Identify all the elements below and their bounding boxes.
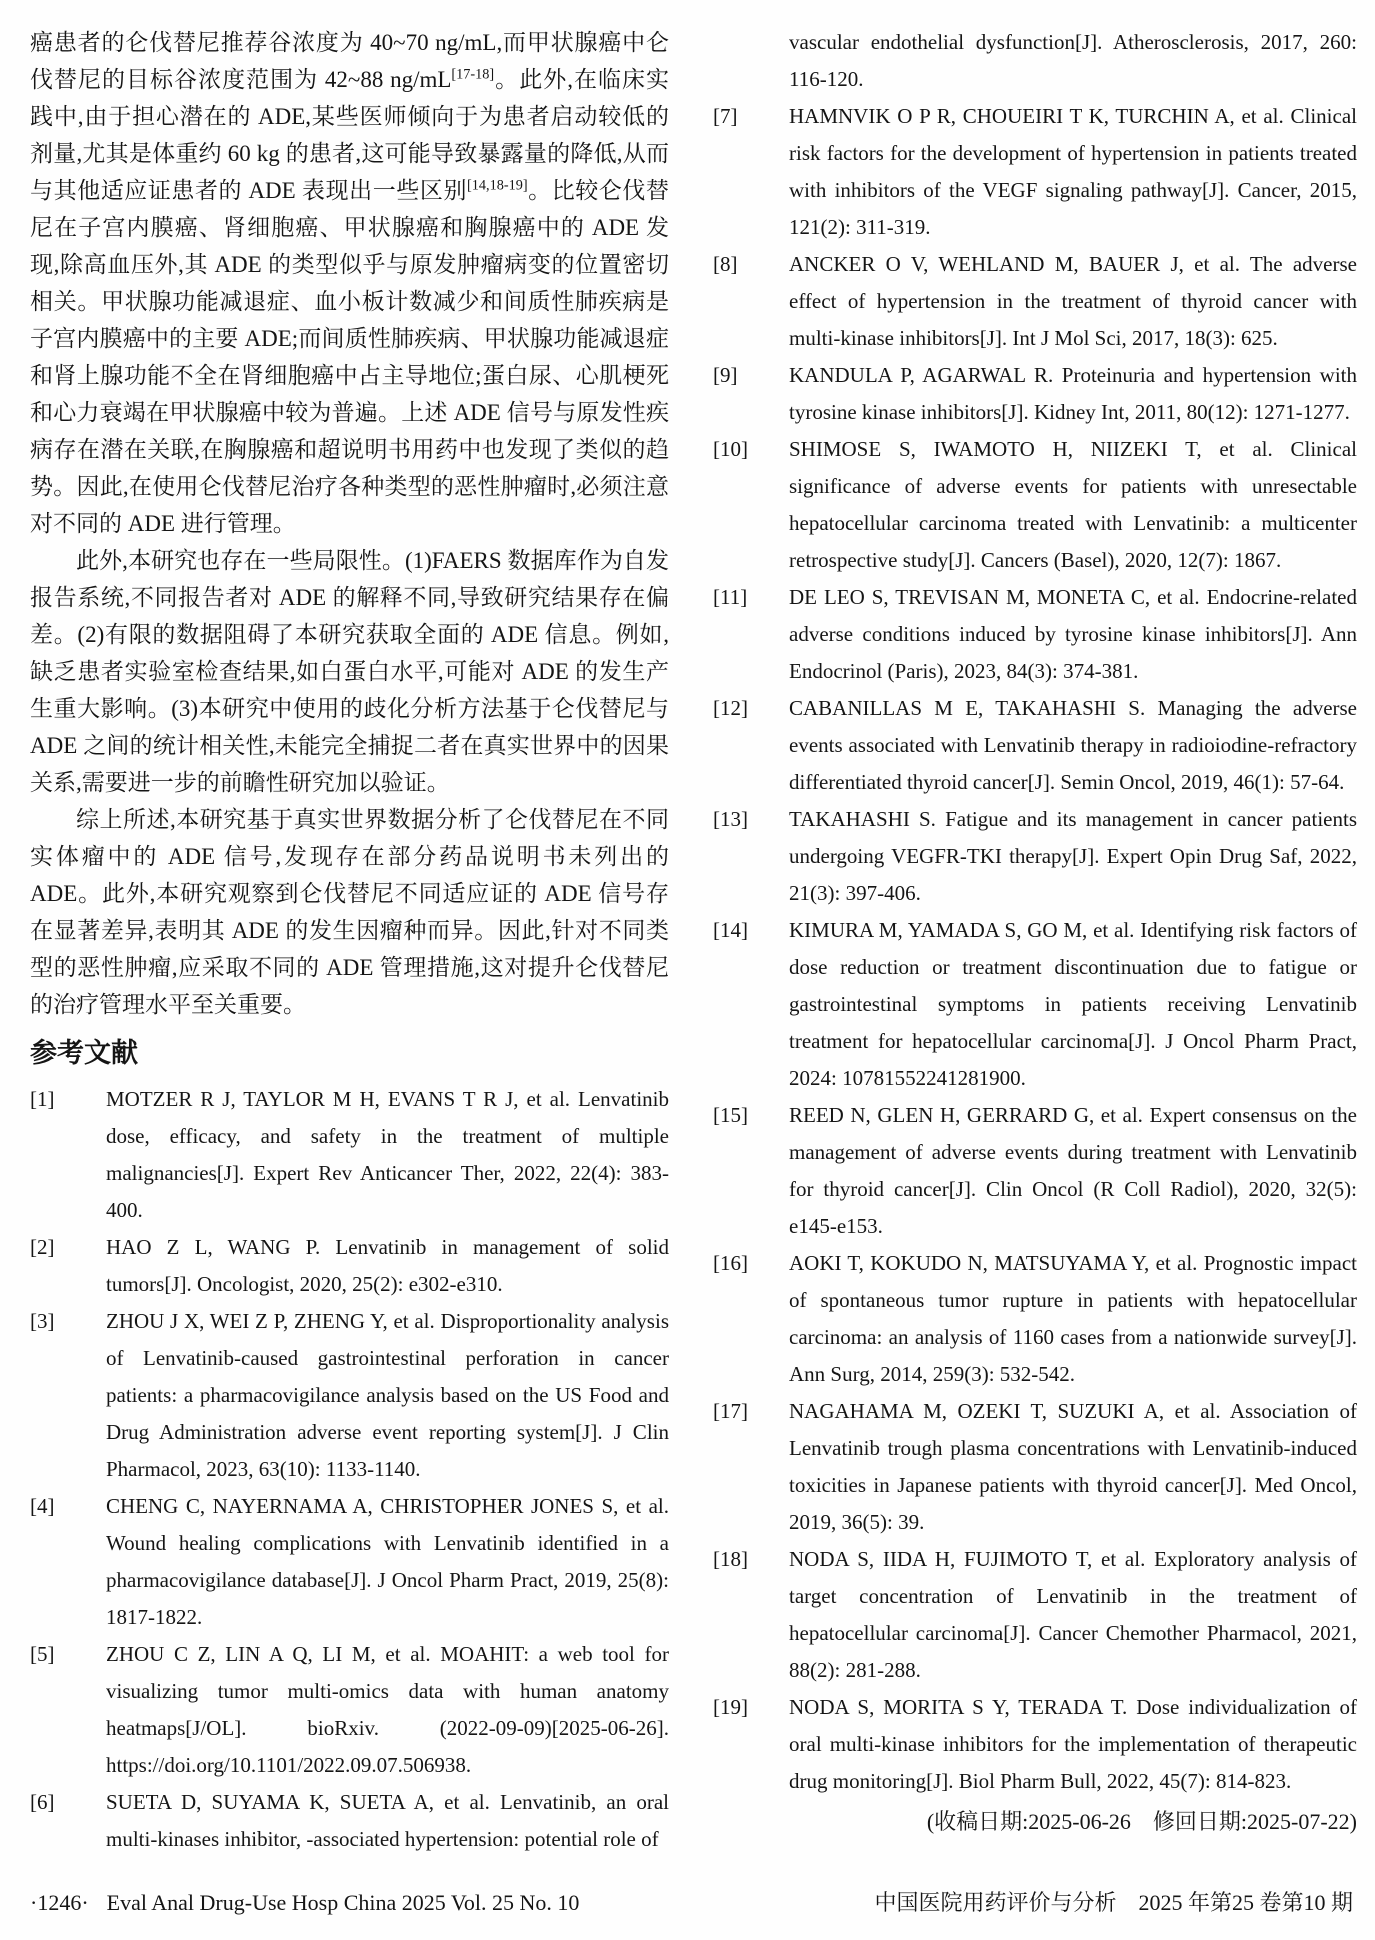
reference-number: [15] <box>713 1097 789 1245</box>
reference-item: [8]ANCKER O V, WEHLAND M, BAUER J, et al… <box>713 246 1357 357</box>
reference-item: [5]ZHOU C Z, LIN A Q, LI M, et al. MOAHI… <box>30 1636 669 1784</box>
two-column-layout: 癌患者的仑伐替尼推荐谷浓度为 40~70 ng/mL,而甲状腺癌中仑伐替尼的目标… <box>30 24 1357 1888</box>
reference-number: [3] <box>30 1303 106 1488</box>
reference-number: [5] <box>30 1636 106 1784</box>
reference-text: ANCKER O V, WEHLAND M, BAUER J, et al. T… <box>789 246 1357 357</box>
reference-number: [12] <box>713 690 789 801</box>
reference-item: [7]HAMNVIK O P R, CHOUEIRI T K, TURCHIN … <box>713 98 1357 246</box>
reference-item: [3]ZHOU J X, WEI Z P, ZHENG Y, et al. Di… <box>30 1303 669 1488</box>
journal-title-chinese: 中国医院用药评价与分析 2025 年第25 卷第10 期 <box>874 1888 1353 1918</box>
footer-left: ·1246· Eval Anal Drug-Use Hosp China 202… <box>30 1888 579 1918</box>
reference-text: KANDULA P, AGARWAL R. Proteinuria and hy… <box>789 357 1357 431</box>
received-revised-dates: (收稿日期:2025-06-26 修回日期:2025-07-22) <box>713 1802 1357 1842</box>
references-heading: 参考文献 <box>30 1033 669 1073</box>
paragraph-text: 。比较仑伐替尼在子宫内膜癌、肾细胞癌、甲状腺癌和胸腺癌中的 ADE 发现,除高血… <box>30 178 669 536</box>
reference-number: [4] <box>30 1488 106 1636</box>
reference-text: NODA S, IIDA H, FUJIMOTO T, et al. Explo… <box>789 1541 1357 1689</box>
reference-text: ZHOU C Z, LIN A Q, LI M, et al. MOAHIT: … <box>106 1636 669 1784</box>
reference-continuation: vascular endothelial dysfunction[J]. Ath… <box>789 24 1357 98</box>
reference-number: [13] <box>713 801 789 912</box>
reference-text: NAGAHAMA M, OZEKI T, SUZUKI A, et al. As… <box>789 1393 1357 1541</box>
reference-number: [11] <box>713 579 789 690</box>
journal-title-english: Eval Anal Drug-Use Hosp China 2025 Vol. … <box>107 1888 580 1918</box>
reference-number: [10] <box>713 431 789 579</box>
reference-item: [10]SHIMOSE S, IWAMOTO H, NIIZEKI T, et … <box>713 431 1357 579</box>
reference-item: [17]NAGAHAMA M, OZEKI T, SUZUKI A, et al… <box>713 1393 1357 1541</box>
references-list-right: [7]HAMNVIK O P R, CHOUEIRI T K, TURCHIN … <box>713 98 1357 1800</box>
reference-text: SUETA D, SUYAMA K, SUETA A, et al. Lenva… <box>106 1784 669 1858</box>
reference-number: [8] <box>713 246 789 357</box>
reference-text: NODA S, MORITA S Y, TERADA T. Dose indiv… <box>789 1689 1357 1800</box>
page-number: ·1246· <box>30 1888 89 1918</box>
reference-text: MOTZER R J, TAYLOR M H, EVANS T R J, et … <box>106 1081 669 1229</box>
reference-number: [2] <box>30 1229 106 1303</box>
citation-superscript: [14,18-19] <box>467 177 528 193</box>
reference-number: [17] <box>713 1393 789 1541</box>
reference-text: KIMURA M, YAMADA S, GO M, et al. Identif… <box>789 912 1357 1097</box>
reference-item: [14]KIMURA M, YAMADA S, GO M, et al. Ide… <box>713 912 1357 1097</box>
reference-text: SHIMOSE S, IWAMOTO H, NIIZEKI T, et al. … <box>789 431 1357 579</box>
reference-item: [11]DE LEO S, TREVISAN M, MONETA C, et a… <box>713 579 1357 690</box>
reference-number: [7] <box>713 98 789 246</box>
reference-text: AOKI T, KOKUDO N, MATSUYAMA Y, et al. Pr… <box>789 1245 1357 1393</box>
paragraph-text: 综上所述,本研究基于真实世界数据分析了仑伐替尼在不同实体瘤中的 ADE 信号,发… <box>30 807 669 1017</box>
reference-number: [1] <box>30 1081 106 1229</box>
reference-text: DE LEO S, TREVISAN M, MONETA C, et al. E… <box>789 579 1357 690</box>
reference-item: [4]CHENG C, NAYERNAMA A, CHRISTOPHER JON… <box>30 1488 669 1636</box>
body-paragraph: 综上所述,本研究基于真实世界数据分析了仑伐替尼在不同实体瘤中的 ADE 信号,发… <box>30 801 669 1023</box>
reference-text: REED N, GLEN H, GERRARD G, et al. Expert… <box>789 1097 1357 1245</box>
reference-number: [16] <box>713 1245 789 1393</box>
reference-number: [19] <box>713 1689 789 1800</box>
reference-text: CABANILLAS M E, TAKAHASHI S. Managing th… <box>789 690 1357 801</box>
reference-item: [12]CABANILLAS M E, TAKAHASHI S. Managin… <box>713 690 1357 801</box>
reference-text: TAKAHASHI S. Fatigue and its management … <box>789 801 1357 912</box>
reference-number: [9] <box>713 357 789 431</box>
references-list-left: [1]MOTZER R J, TAYLOR M H, EVANS T R J, … <box>30 1081 669 1858</box>
reference-item: [2]HAO Z L, WANG P. Lenvatinib in manage… <box>30 1229 669 1303</box>
reference-text: HAO Z L, WANG P. Lenvatinib in managemen… <box>106 1229 669 1303</box>
paragraph-text: 此外,本研究也存在一些局限性。(1)FAERS 数据库作为自发报告系统,不同报告… <box>30 548 669 795</box>
body-paragraph: 此外,本研究也存在一些局限性。(1)FAERS 数据库作为自发报告系统,不同报告… <box>30 542 669 801</box>
citation-superscript: [17-18] <box>451 66 494 82</box>
reference-text: ZHOU J X, WEI Z P, ZHENG Y, et al. Dispr… <box>106 1303 669 1488</box>
reference-number: [18] <box>713 1541 789 1689</box>
reference-text: CHENG C, NAYERNAMA A, CHRISTOPHER JONES … <box>106 1488 669 1636</box>
reference-item: [16]AOKI T, KOKUDO N, MATSUYAMA Y, et al… <box>713 1245 1357 1393</box>
reference-item: [19]NODA S, MORITA S Y, TERADA T. Dose i… <box>713 1689 1357 1800</box>
body-paragraph: 癌患者的仑伐替尼推荐谷浓度为 40~70 ng/mL,而甲状腺癌中仑伐替尼的目标… <box>30 24 669 542</box>
right-column: vascular endothelial dysfunction[J]. Ath… <box>713 24 1357 1842</box>
reference-item: [1]MOTZER R J, TAYLOR M H, EVANS T R J, … <box>30 1081 669 1229</box>
reference-number: [14] <box>713 912 789 1097</box>
reference-item: [15]REED N, GLEN H, GERRARD G, et al. Ex… <box>713 1097 1357 1245</box>
reference-item: [18]NODA S, IIDA H, FUJIMOTO T, et al. E… <box>713 1541 1357 1689</box>
left-column: 癌患者的仑伐替尼推荐谷浓度为 40~70 ng/mL,而甲状腺癌中仑伐替尼的目标… <box>30 24 669 1858</box>
reference-item: [13]TAKAHASHI S. Fatigue and its managem… <box>713 801 1357 912</box>
page-footer: ·1246· Eval Anal Drug-Use Hosp China 202… <box>30 1888 1357 1918</box>
reference-item: [6]SUETA D, SUYAMA K, SUETA A, et al. Le… <box>30 1784 669 1858</box>
journal-page: 癌患者的仑伐替尼推荐谷浓度为 40~70 ng/mL,而甲状腺癌中仑伐替尼的目标… <box>0 0 1375 1940</box>
body-text-block: 癌患者的仑伐替尼推荐谷浓度为 40~70 ng/mL,而甲状腺癌中仑伐替尼的目标… <box>30 24 669 1023</box>
reference-item: [9]KANDULA P, AGARWAL R. Proteinuria and… <box>713 357 1357 431</box>
reference-text: HAMNVIK O P R, CHOUEIRI T K, TURCHIN A, … <box>789 98 1357 246</box>
reference-number: [6] <box>30 1784 106 1858</box>
